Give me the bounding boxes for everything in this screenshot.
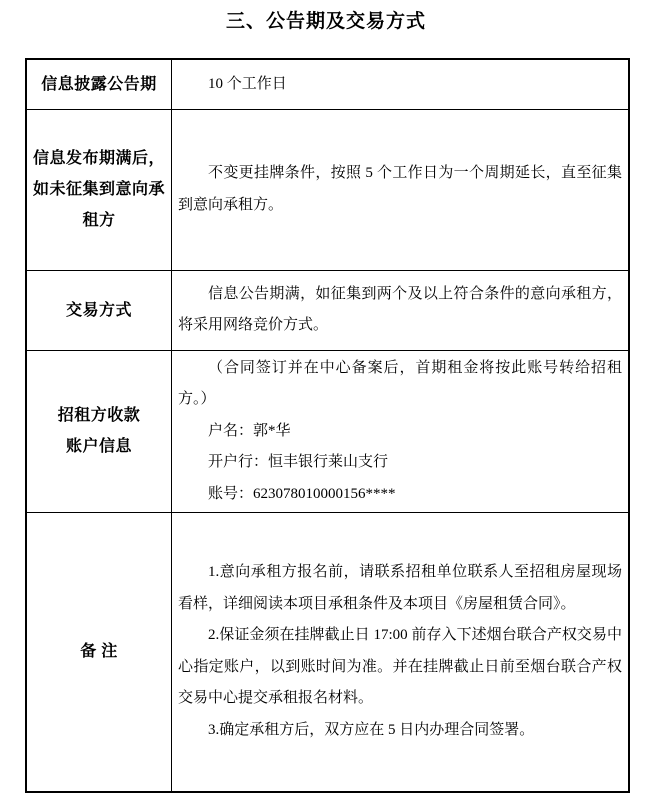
paragraph-account-number: 账号：623078010000156**** (178, 479, 622, 511)
table-row-disclosure-period: 信息披露公告期 10 个工作日 (26, 59, 629, 109)
row-value-trade-method: 信息公告期满，如征集到两个及以上符合条件的意向承租方，将采用网络竞价方式。 (172, 270, 630, 350)
row-value-payee-account: （合同签订并在中心备案后，首期租金将按此账号转给招租方。） 户名：郭*华 开户行… (172, 350, 630, 513)
row-value-extension-rule: 不变更挂牌条件，按照 5 个工作日为一个周期延长，直至征集到意向承租方。 (172, 109, 630, 270)
row-label-trade-method: 交易方式 (26, 270, 172, 350)
paragraph: （合同签订并在中心备案后，首期租金将按此账号转给招租方。） (178, 353, 622, 416)
row-label-remarks: 备 注 (26, 513, 172, 792)
table-row-payee-account: 招租方收款 账户信息 （合同签订并在中心备案后，首期租金将按此账号转给招租方。）… (26, 350, 629, 513)
paragraph-account-name: 户名：郭*华 (178, 416, 622, 448)
row-label-extension-rule: 信息发布期满后， 如未征集到意向承 租方 (26, 109, 172, 270)
paragraph-remark-1: 1.意向承租方报名前，请联系招租单位联系人至招租房屋现场看样，详细阅读本项目承租… (178, 557, 622, 620)
row-label-disclosure-period: 信息披露公告期 (26, 59, 172, 109)
paragraph-bank-name: 开户行：恒丰银行莱山支行 (178, 447, 622, 479)
paragraph: 信息公告期满，如征集到两个及以上符合条件的意向承租方，将采用网络竞价方式。 (178, 279, 622, 342)
page-title: 三、公告期及交易方式 (0, 0, 652, 35)
paragraph-remark-2: 2.保证金须在挂牌截止日 17:00 前存入下述烟台联合产权交易中心指定账户，以… (178, 620, 622, 715)
row-value-remarks: 1.意向承租方报名前，请联系招租单位联系人至招租房屋现场看样，详细阅读本项目承租… (172, 513, 630, 792)
paragraph: 不变更挂牌条件，按照 5 个工作日为一个周期延长，直至征集到意向承租方。 (178, 158, 622, 221)
announcement-table: 信息披露公告期 10 个工作日 信息发布期满后， 如未征集到意向承 租方 不变更… (25, 58, 630, 793)
table-row-trade-method: 交易方式 信息公告期满，如征集到两个及以上符合条件的意向承租方，将采用网络竞价方… (26, 270, 629, 350)
paragraph: 10 个工作日 (178, 69, 622, 101)
document-page: 三、公告期及交易方式 信息披露公告期 10 个工作日 信息发布期满后， 如未征集… (0, 0, 652, 806)
row-label-payee-account: 招租方收款 账户信息 (26, 350, 172, 513)
table-row-extension-rule: 信息发布期满后， 如未征集到意向承 租方 不变更挂牌条件，按照 5 个工作日为一… (26, 109, 629, 270)
row-value-disclosure-period: 10 个工作日 (172, 59, 630, 109)
table-row-remarks: 备 注 1.意向承租方报名前，请联系招租单位联系人至招租房屋现场看样，详细阅读本… (26, 513, 629, 792)
paragraph-remark-3: 3.确定承租方后，双方应在 5 日内办理合同签署。 (178, 715, 622, 747)
